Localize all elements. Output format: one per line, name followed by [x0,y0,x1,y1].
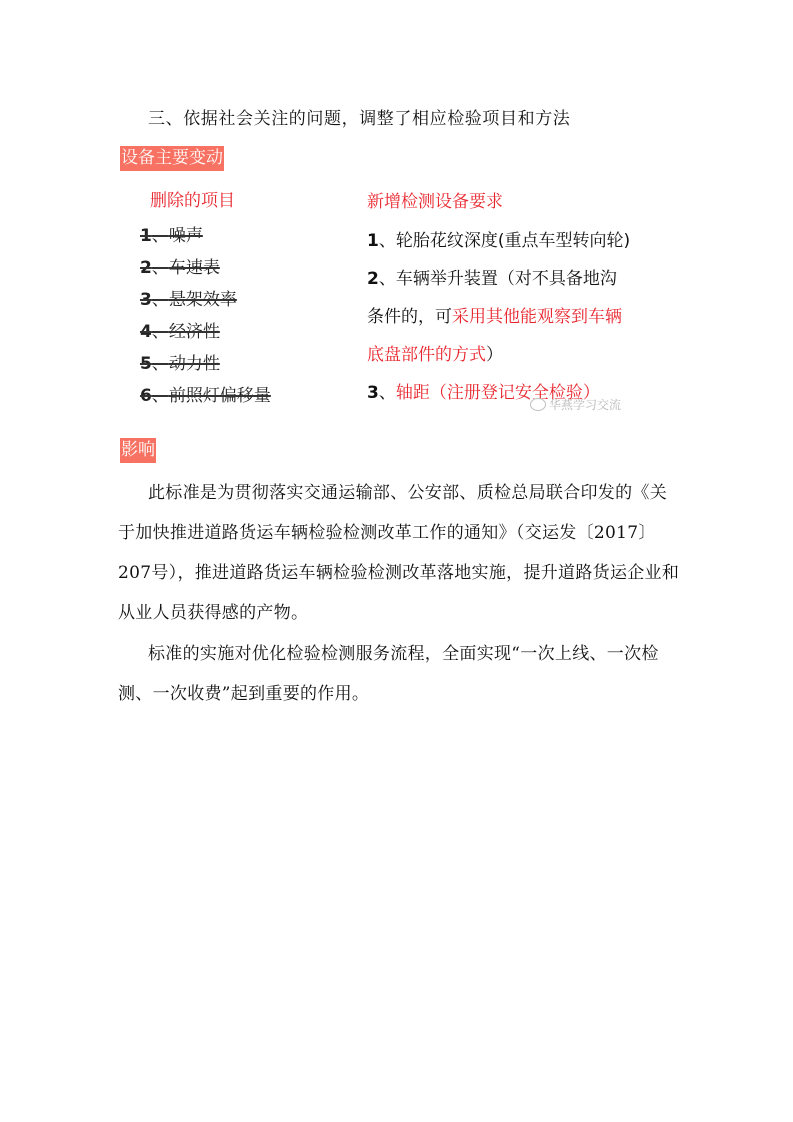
removed-items-title: 删除的项目 [150,188,340,214]
new-requirements-title: 新增检测设备要求 [367,188,657,216]
requirement-item-2: 2、车辆举升装置（对不具备地沟 [367,260,657,298]
impact-label: 影响 [120,438,156,463]
list-item: 2、车速表 [140,252,340,284]
requirement-item-1: 1、轮胎花纹深度(重点车型转向轮) [367,222,657,260]
removed-items-column: 删除的项目 1、噪声 2、车速表 3、悬架效率 4、经济性 5、动力性 6、前照… [140,188,340,412]
equipment-changes-label: 设备主要变动 [120,146,224,171]
new-requirements-column: 新增检测设备要求 1、轮胎花纹深度(重点车型转向轮) 2、车辆举升装置（对不具备… [367,188,657,412]
list-item: 3、悬架效率 [140,284,340,316]
chat-bubble-icon [530,398,546,411]
watermark-text: 华燕学习交流 [549,396,621,413]
impact-paragraph-1: 此标准是为贯彻落实交通运输部、公安部、质检总局联合印发的《关于加快推进道路货运车… [118,473,683,633]
requirement-item-2-cont: 条件的，可采用其他能观察到车辆 [367,298,657,336]
watermark: 华燕学习交流 [530,396,621,413]
list-item: 4、经济性 [140,316,340,348]
impact-paragraph-2: 标准的实施对优化检验检测服务流程，全面实现“一次上线、一次检测、一次收费”起到重… [118,634,683,714]
list-item: 1、噪声 [140,220,340,252]
list-item: 5、动力性 [140,348,340,380]
removed-items-list: 1、噪声 2、车速表 3、悬架效率 4、经济性 5、动力性 6、前照灯偏移量 [140,220,340,412]
requirement-item-2-cont2: 底盘部件的方式） [367,336,657,374]
section-heading: 三、依据社会关注的问题，调整了相应检验项目和方法 [148,104,570,129]
list-item: 6、前照灯偏移量 [140,380,340,412]
